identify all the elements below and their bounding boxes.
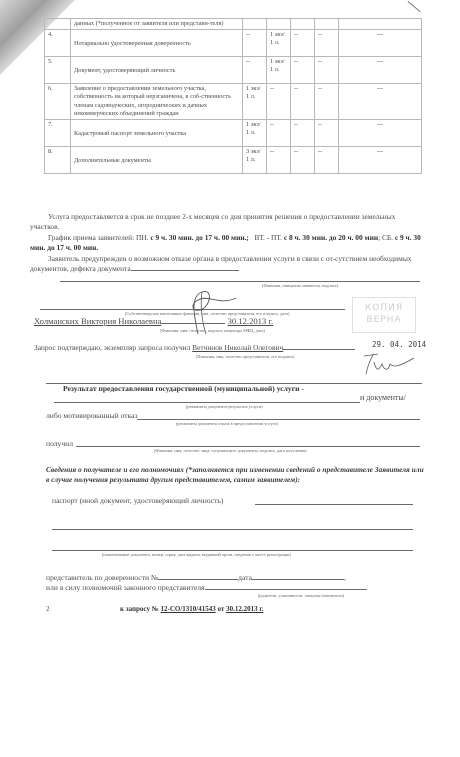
copy-stamp: КОПИЯ ВЕРНА	[352, 297, 416, 333]
refusal-caption: (реквизиты документа отказа в предоставл…	[176, 421, 278, 426]
recipient-title: Сведения о получателе и его полномочиях …	[46, 465, 426, 485]
result-title: Результат предоставления государственной…	[63, 384, 304, 394]
request-number: 12-СО/1310/41543	[160, 605, 215, 613]
representative-name: Ветчинов Николай Олегович	[192, 343, 283, 352]
row-number: 8.	[45, 147, 71, 174]
document-name: Дополнительные документы	[71, 147, 243, 174]
applicant-signature-line	[60, 281, 420, 282]
request-date: 30.12.2013 г.	[226, 605, 263, 613]
result-and-docs: и документы/	[360, 393, 406, 403]
result-doc-caption: (реквизиты документа-результата услуги)	[186, 404, 262, 409]
passport-label: паспорт (иной документ, удостоверяющий л…	[52, 496, 223, 506]
row-number: 5.	[45, 57, 71, 84]
row-number: 7.	[45, 120, 71, 147]
row-number: 6.	[45, 84, 71, 120]
document-name: данных (*полученное от заявителя или пре…	[71, 19, 243, 30]
id-doc-caption: (наименование документа, номер, серия, д…	[102, 552, 291, 557]
table-row: 5. Документ, удостоверяющий личность -- …	[45, 57, 422, 84]
passport-line-3	[52, 550, 413, 551]
row-number	[45, 19, 71, 30]
row-number: 4.	[45, 30, 71, 57]
document-name: Документ, удостоверяющий личность	[71, 57, 243, 84]
operator-name: Холманских Виктория Николаевна	[34, 316, 161, 326]
legal-rep-caption: (родители, усыновители, опекуны/попечите…	[258, 593, 344, 598]
table-row: 6. Заявление о предоставлении земельного…	[45, 84, 422, 120]
operator-caption: (Фамилия, имя, отчество, подпись операто…	[160, 328, 265, 333]
applicant-signature-caption: (Фамилия, инициалы заявителя, подпись)	[262, 283, 338, 288]
page-number: 2	[46, 604, 50, 614]
document-name: Заявление о предоставлении земельного уч…	[71, 84, 243, 120]
received-line	[76, 446, 420, 447]
received-caption: (Фамилия, имя, отчество лица, получающег…	[154, 448, 307, 453]
received-label: получил	[46, 439, 73, 449]
confirmation-date: 29. 04. 2014	[372, 340, 426, 350]
table-row: 7. Кадастровый паспорт земельного участк…	[45, 120, 422, 147]
request-reference: к запросу № 12-СО/1310/41543 от 30.12.20…	[120, 604, 263, 614]
confirmation-caption: (Фамилия, имя, отчество представителя, е…	[196, 354, 294, 359]
result-doc-line	[54, 402, 360, 403]
document-page: данных (*полученное от заявителя или пре…	[0, 0, 460, 757]
refusal-line	[137, 419, 420, 420]
passport-line	[255, 504, 413, 505]
documents-table: данных (*полученное от заявителя или пре…	[44, 18, 422, 174]
table-row: 8. Дополнительные документы 3 экз/ 1 л. …	[45, 147, 422, 174]
schedule: График приема заявителей: ПН. с 9 ч. 30 …	[30, 233, 424, 253]
operator-date: 30.12.2013 г.	[228, 316, 274, 326]
refusal-label: либо мотивированный отказ	[46, 411, 138, 421]
confirmation-signature	[360, 350, 420, 378]
document-name: Кадастровый паспорт земельного участка	[71, 120, 243, 147]
document-name: Нотариально удостоверенная доверенность	[71, 30, 243, 57]
scan-mark	[408, 1, 421, 12]
service-term: Услуга предоставляется в срок не позднее…	[30, 212, 424, 232]
operator-row: Холманских Виктория Николаевна 30.12.201…	[34, 316, 334, 326]
legal-rep-row: или в силу полномочий законного представ…	[46, 582, 426, 593]
table-row: 4. Нотариально удостоверенная довереннос…	[45, 30, 422, 57]
table-row: данных (*полученное от заявителя или пре…	[45, 19, 422, 30]
passport-line-2	[52, 529, 413, 530]
refusal-warning: Заявитель предупрежден о возможном отказ…	[30, 254, 424, 274]
